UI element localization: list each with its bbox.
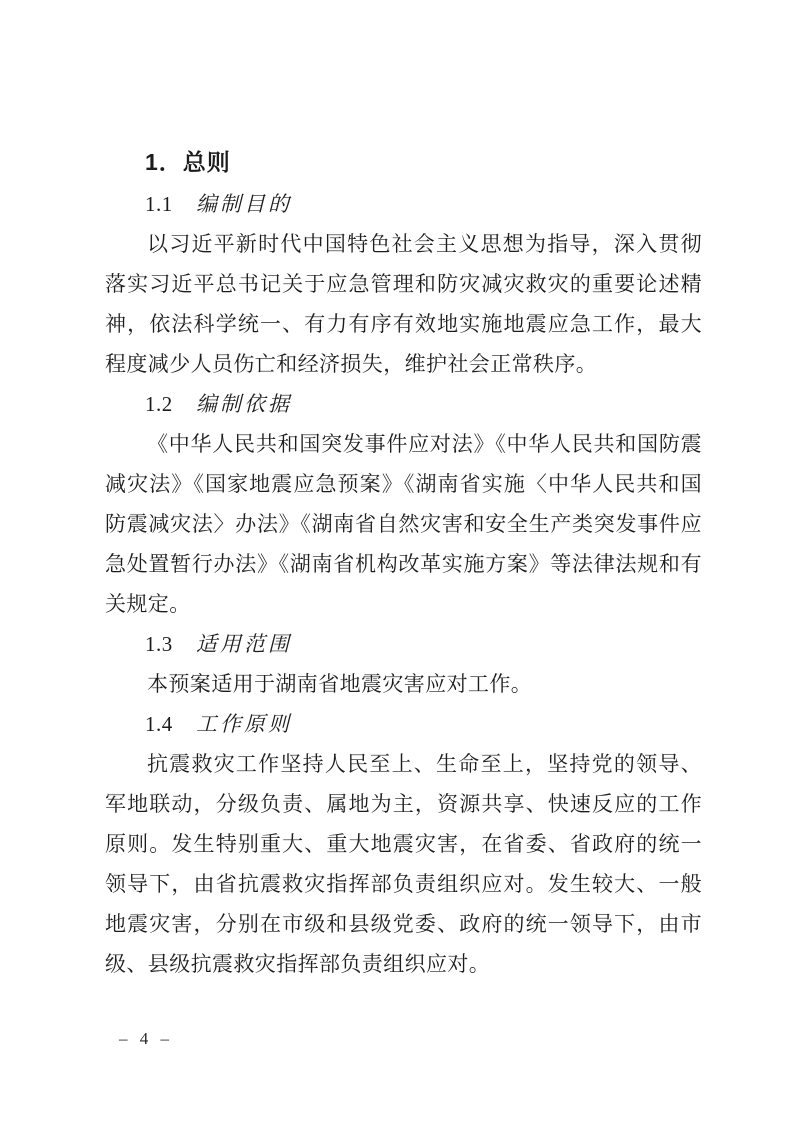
section-heading-1-4: 1.4 工作原则	[145, 704, 702, 744]
page-number: – 4 –	[119, 1029, 173, 1049]
document-page: 1．总则 1.1 编制目的 以习近平新时代中国特色社会主义思想为指导，深入贯彻落…	[0, 0, 794, 1122]
section-number: 1.2	[145, 392, 173, 416]
section-title: 编制依据	[196, 392, 292, 416]
paragraph-basis: 《中华人民共和国突发事件应对法》《中华人民共和国防震减灾法》《国家地震应急预案》…	[105, 424, 702, 624]
section-heading-1-1: 1.1 编制目的	[145, 184, 702, 224]
paragraph-principles: 抗震救灾工作坚持人民至上、生命至上，坚持党的领导、军地联动，分级负责、属地为主，…	[105, 744, 702, 984]
section-number: 1.4	[145, 712, 173, 736]
paragraph-purpose: 以习近平新时代中国特色社会主义思想为指导，深入贯彻落实习近平总书记关于应急管理和…	[105, 224, 702, 384]
section-heading-1-2: 1.2 编制依据	[145, 384, 702, 424]
section-title: 编制目的	[196, 192, 292, 216]
chapter-title: 1．总则	[145, 141, 702, 184]
section-title: 工作原则	[196, 712, 292, 736]
paragraph-scope: 本预案适用于湖南省地震灾害应对工作。	[105, 664, 702, 704]
section-heading-1-3: 1.3 适用范围	[145, 624, 702, 664]
section-number: 1.3	[145, 632, 173, 656]
section-title: 适用范围	[196, 632, 292, 656]
section-number: 1.1	[145, 192, 173, 216]
document-content: 1．总则 1.1 编制目的 以习近平新时代中国特色社会主义思想为指导，深入贯彻落…	[105, 141, 702, 984]
